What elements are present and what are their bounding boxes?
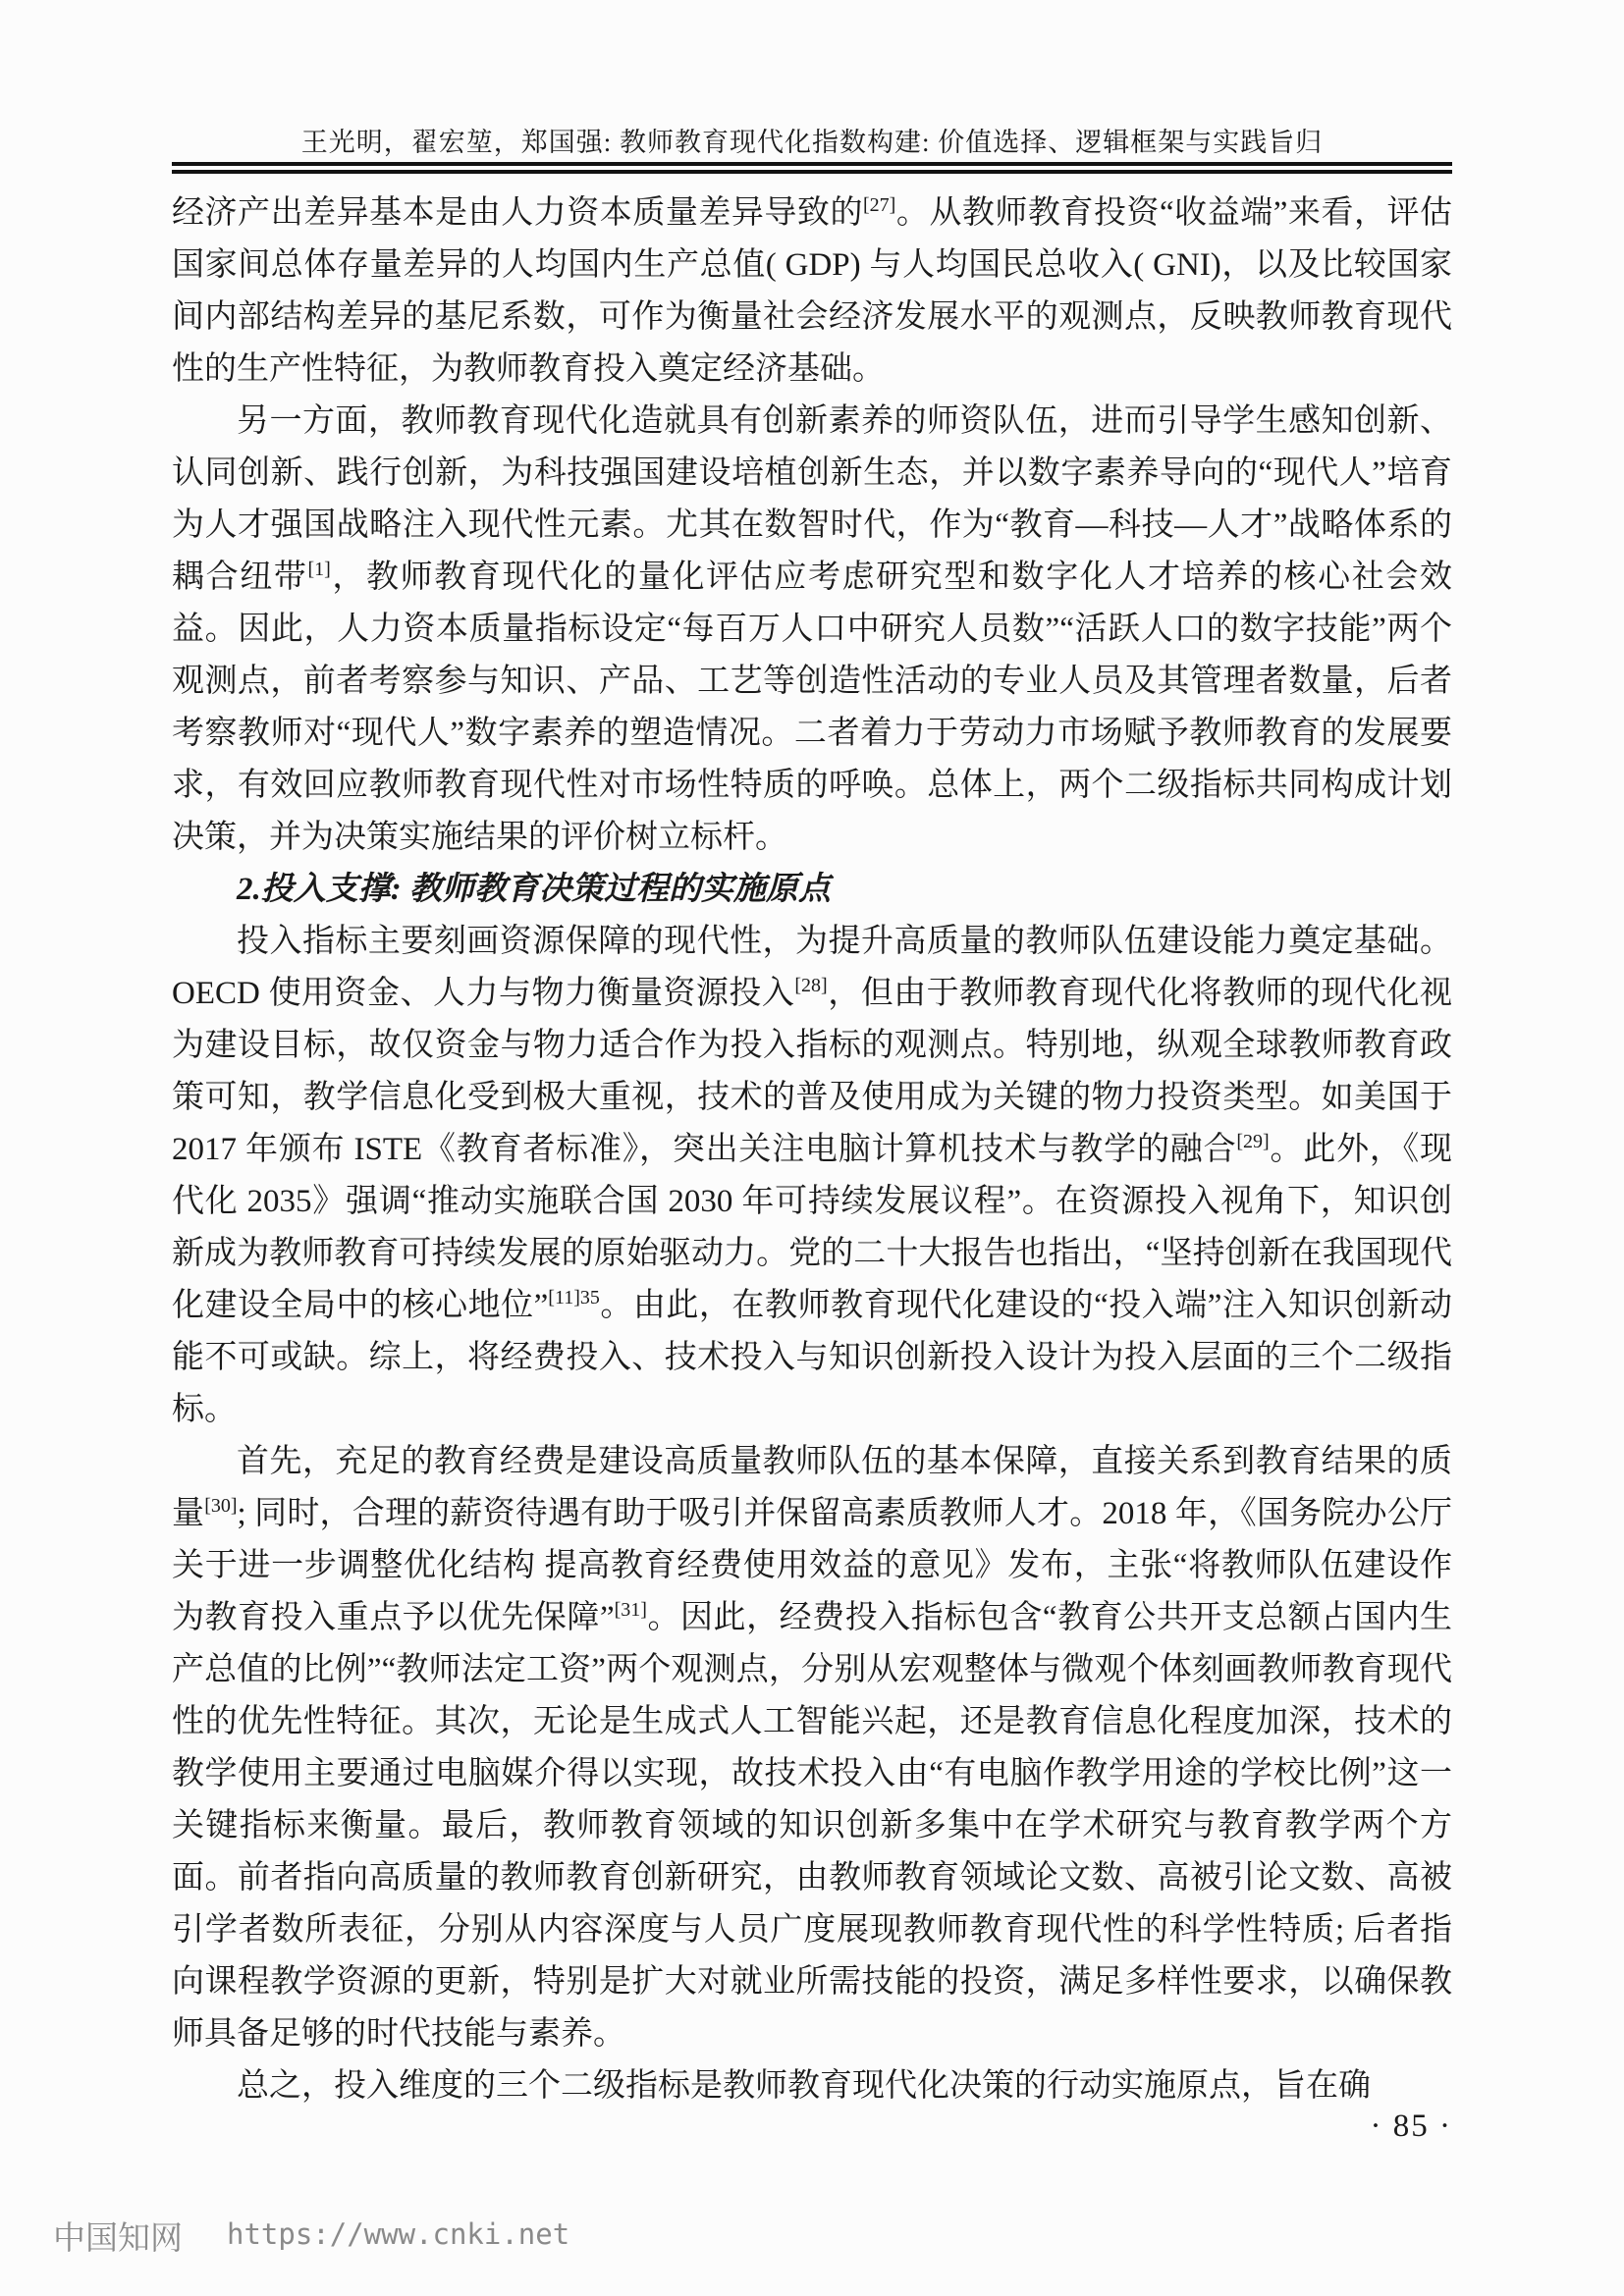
- cnki-watermark-site-name: 中国知网: [53, 2213, 183, 2259]
- citation-ref: [31]: [615, 1599, 647, 1621]
- paragraph: 首先，充足的教育经费是建设高质量教师队伍的基本保障，直接关系到教育结果的质量[3…: [172, 1436, 1452, 2060]
- text-run: 经济产出差异基本是由人力资本质量差异导致的: [172, 195, 863, 231]
- citation-ref: [28]: [794, 975, 827, 996]
- paragraph: 投入指标主要刻画资源保障的现代性，为提升高质量的教师队伍建设能力奠定基础。OEC…: [172, 916, 1452, 1436]
- text-run: 2.投入支撑: 教师教育决策过程的实施原点: [237, 872, 831, 907]
- paragraph: 总之，投入维度的三个二级指标是教师教育现代化决策的行动实施原点，旨在确: [172, 2060, 1452, 2112]
- article-body: 经济产出差异基本是由人力资本质量差异导致的[27]。从教师教育投资“收益端”来看…: [172, 187, 1452, 2112]
- text-run: 。因此，经费投入指标包含“教育公共开支总额占国内生产总值的比例”“教师法定工资”…: [172, 1600, 1452, 2052]
- journal-page: 王光明，翟宏堃，郑国强: 教师教育现代化指数构建: 价值选择、逻辑框架与实践旨归…: [0, 0, 1624, 2296]
- paragraph: 经济产出差异基本是由人力资本质量差异导致的[27]。从教师教育投资“收益端”来看…: [172, 187, 1452, 396]
- citation-ref: [30]: [204, 1495, 237, 1517]
- cnki-watermark-url: https://www.cnki.net: [227, 2217, 569, 2251]
- section-heading: 2.投入支撑: 教师教育决策过程的实施原点: [172, 864, 1452, 916]
- text-run: ，教师教育现代化的量化评估应考虑研究型和数字化人才培养的核心社会效益。因此，人力…: [172, 560, 1452, 855]
- citation-ref: [29]: [1236, 1131, 1269, 1152]
- page-number: · 85 ·: [172, 2109, 1452, 2145]
- paragraph: 另一方面，教师教育现代化造就具有创新素养的师资队伍，进而引导学生感知创新、认同创…: [172, 396, 1452, 864]
- citation-ref: [11]35: [548, 1287, 600, 1308]
- header-double-rule: [172, 162, 1452, 174]
- citation-ref: [1]: [307, 559, 330, 580]
- citation-ref: [27]: [863, 194, 895, 216]
- running-header: 王光明，翟宏堃，郑国强: 教师教育现代化指数构建: 价值选择、逻辑框架与实践旨归: [172, 127, 1452, 158]
- text-run: 总之，投入维度的三个二级指标是教师教育现代化决策的行动实施原点，旨在确: [237, 2068, 1371, 2104]
